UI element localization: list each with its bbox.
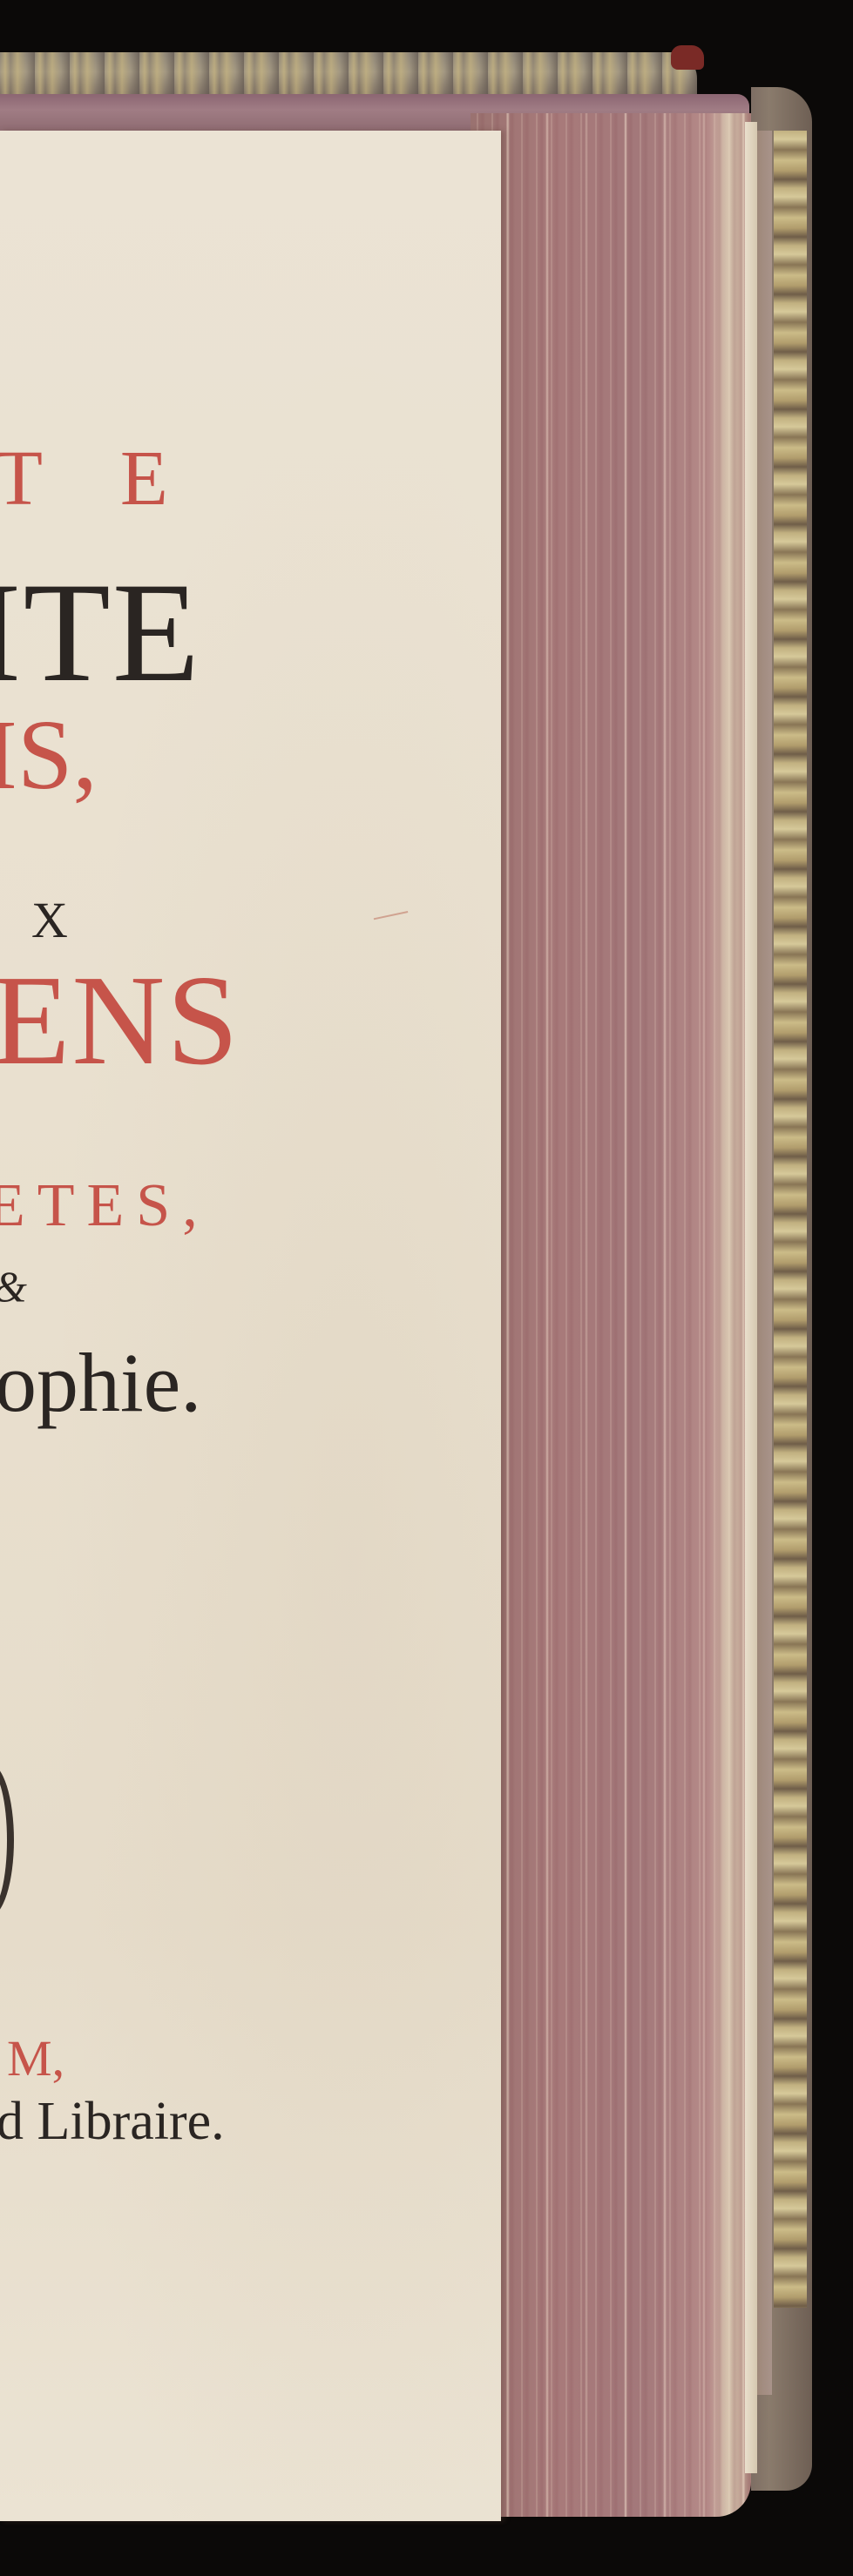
title-line-2: ITE xyxy=(0,562,201,705)
gilt-tooled-board-top xyxy=(0,52,697,96)
title-page: T E ITE IS, X ENS ETES, & ophie. M, d Li… xyxy=(0,131,501,2521)
title-line-6: ETES, xyxy=(0,1176,210,1237)
title-line-4: X xyxy=(31,895,68,946)
title-line-8: ophie. xyxy=(0,1341,201,1425)
ampersand-line: & xyxy=(0,1264,27,1308)
imprint-line-1: M, xyxy=(7,2033,64,2084)
printer-device-ornament-icon xyxy=(0,1763,14,1917)
fore-edge-highlight xyxy=(745,122,757,2473)
red-sprinkled-fore-edge xyxy=(471,113,751,2517)
title-line-5: ENS xyxy=(0,956,240,1085)
imprint-line-2: d Libraire. xyxy=(0,2094,225,2148)
title-line-3: IS, xyxy=(0,705,98,805)
gilt-ornament-strip xyxy=(774,131,807,2308)
ink-smudge xyxy=(374,911,410,932)
title-line-1: T E xyxy=(0,440,198,518)
